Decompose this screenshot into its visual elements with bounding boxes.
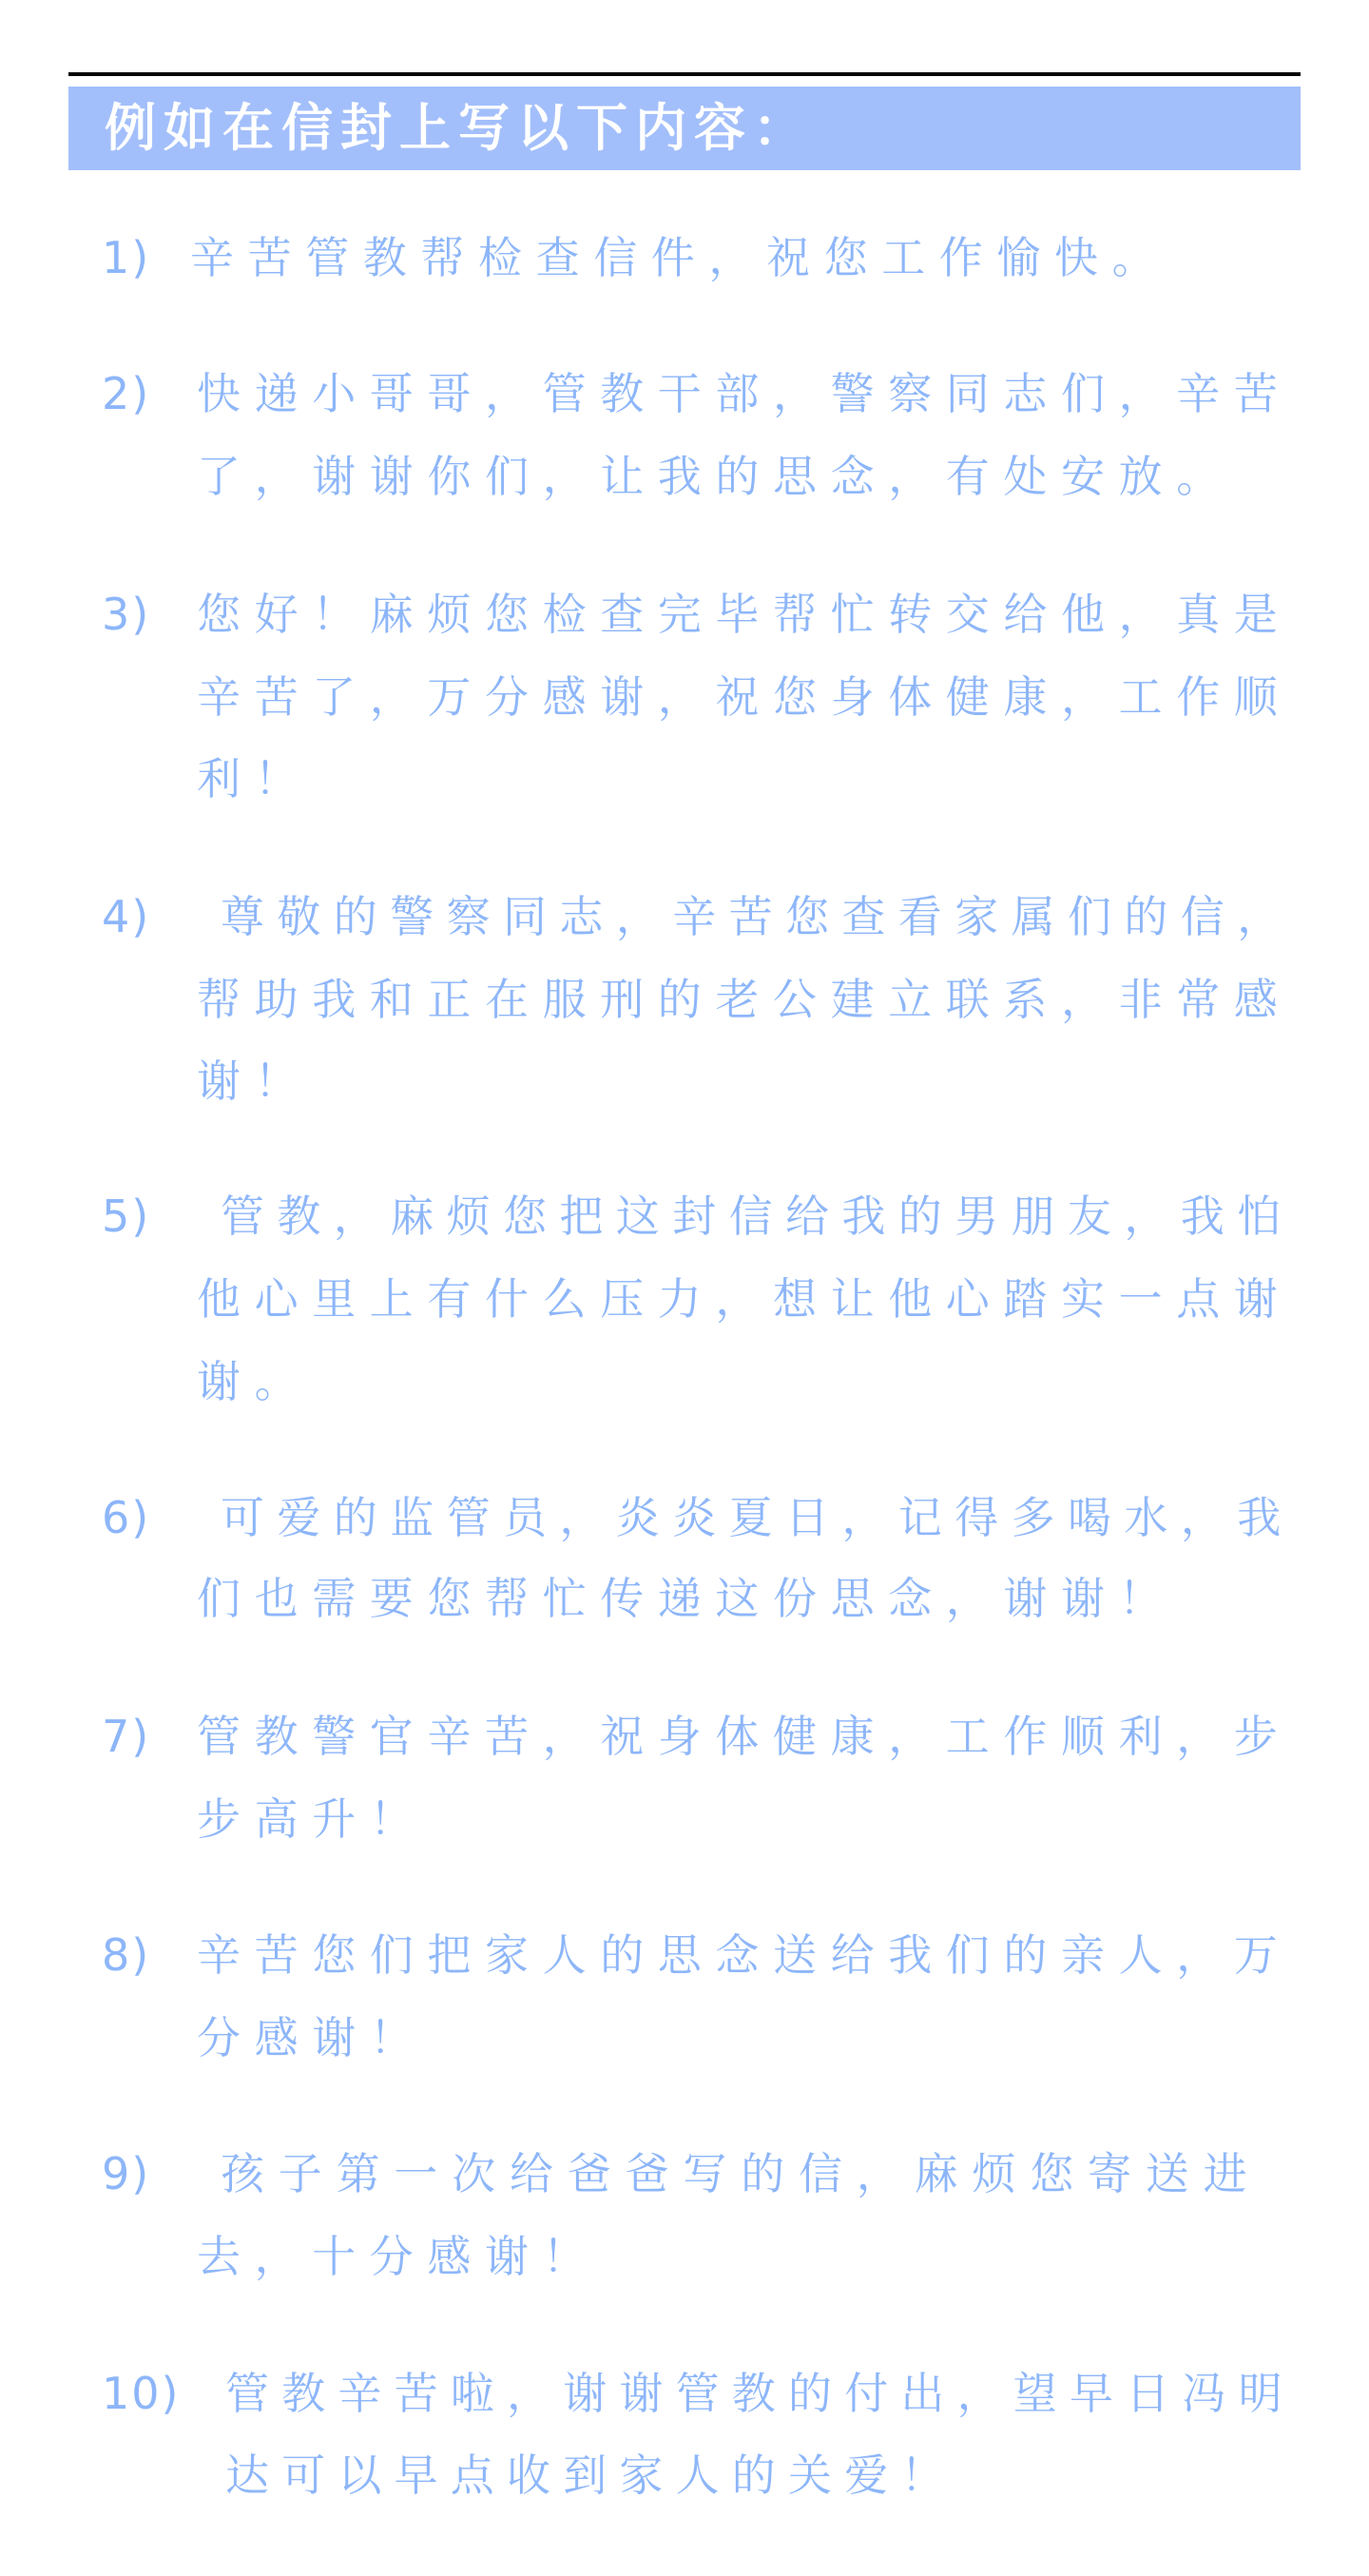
item-line: 管教，麻烦您把这封信给我的男朋友，我怕 xyxy=(221,1190,1294,1243)
item-line: 达可以早点收到家人的关爱！ xyxy=(225,2449,957,2502)
item-line: 们也需要您帮忙传递这份思念，谢谢！ xyxy=(197,1572,1176,1625)
item-line: 尊敬的警察同志，辛苦您查看家属们的信， xyxy=(221,890,1294,943)
item-line: 辛苦了，万分感谢，祝您身体健康，工作顺 xyxy=(197,670,1291,724)
item-number: 1) xyxy=(102,231,150,284)
section-header: 例如在信封上写以下内容： xyxy=(68,87,1301,170)
item-line: 快递小哥哥，管教干部，警察同志们，辛苦 xyxy=(197,367,1291,420)
item-line: 去，十分感谢！ xyxy=(197,2230,600,2283)
item-line: 管教辛苦啦，谢谢管教的付出，望早日冯明 xyxy=(225,2367,1295,2420)
item-line: 可爱的监管员，炎炎夏日，记得多喝水，我 xyxy=(221,1491,1294,1544)
item-number: 6) xyxy=(102,1491,150,1544)
item-line: 利！ xyxy=(197,752,312,805)
item-number: 5) xyxy=(102,1190,150,1243)
item-line: 谢！ xyxy=(197,1055,312,1108)
item-line: 孩子第一次给爸爸写的信，麻烦您寄送进 xyxy=(221,2147,1261,2200)
item-number: 3) xyxy=(102,588,150,641)
item-line: 分感谢！ xyxy=(197,2011,427,2064)
item-line: 他心里上有什么压力，想让他心踏实一点谢 xyxy=(197,1272,1291,1326)
item-number: 4) xyxy=(102,890,150,943)
item-line: 辛苦管教帮检查信件，祝您工作愉快。 xyxy=(190,231,1169,284)
item-line: 帮助我和正在服刑的老公建立联系，非常感 xyxy=(197,973,1291,1026)
item-number: 9) xyxy=(102,2147,150,2200)
item-number: 7) xyxy=(102,1710,150,1763)
item-line: 了，谢谢你们，让我的思念，有处安放。 xyxy=(197,450,1234,503)
item-number: 8) xyxy=(102,1928,150,1982)
top-divider-rule xyxy=(68,72,1301,76)
item-line: 您好！麻烦您检查完毕帮忙转交给他，真是 xyxy=(197,588,1291,641)
item-line: 辛苦您们把家人的思念送给我们的亲人，万 xyxy=(197,1928,1291,1982)
item-number: 10) xyxy=(102,2367,180,2420)
header-title: 例如在信封上写以下内容： xyxy=(105,100,812,157)
item-number: 2) xyxy=(102,367,150,420)
item-line: 谢。 xyxy=(197,1355,312,1408)
item-line: 管教警官辛苦，祝身体健康，工作顺利，步 xyxy=(197,1710,1291,1763)
item-line: 步高升！ xyxy=(197,1792,427,1846)
